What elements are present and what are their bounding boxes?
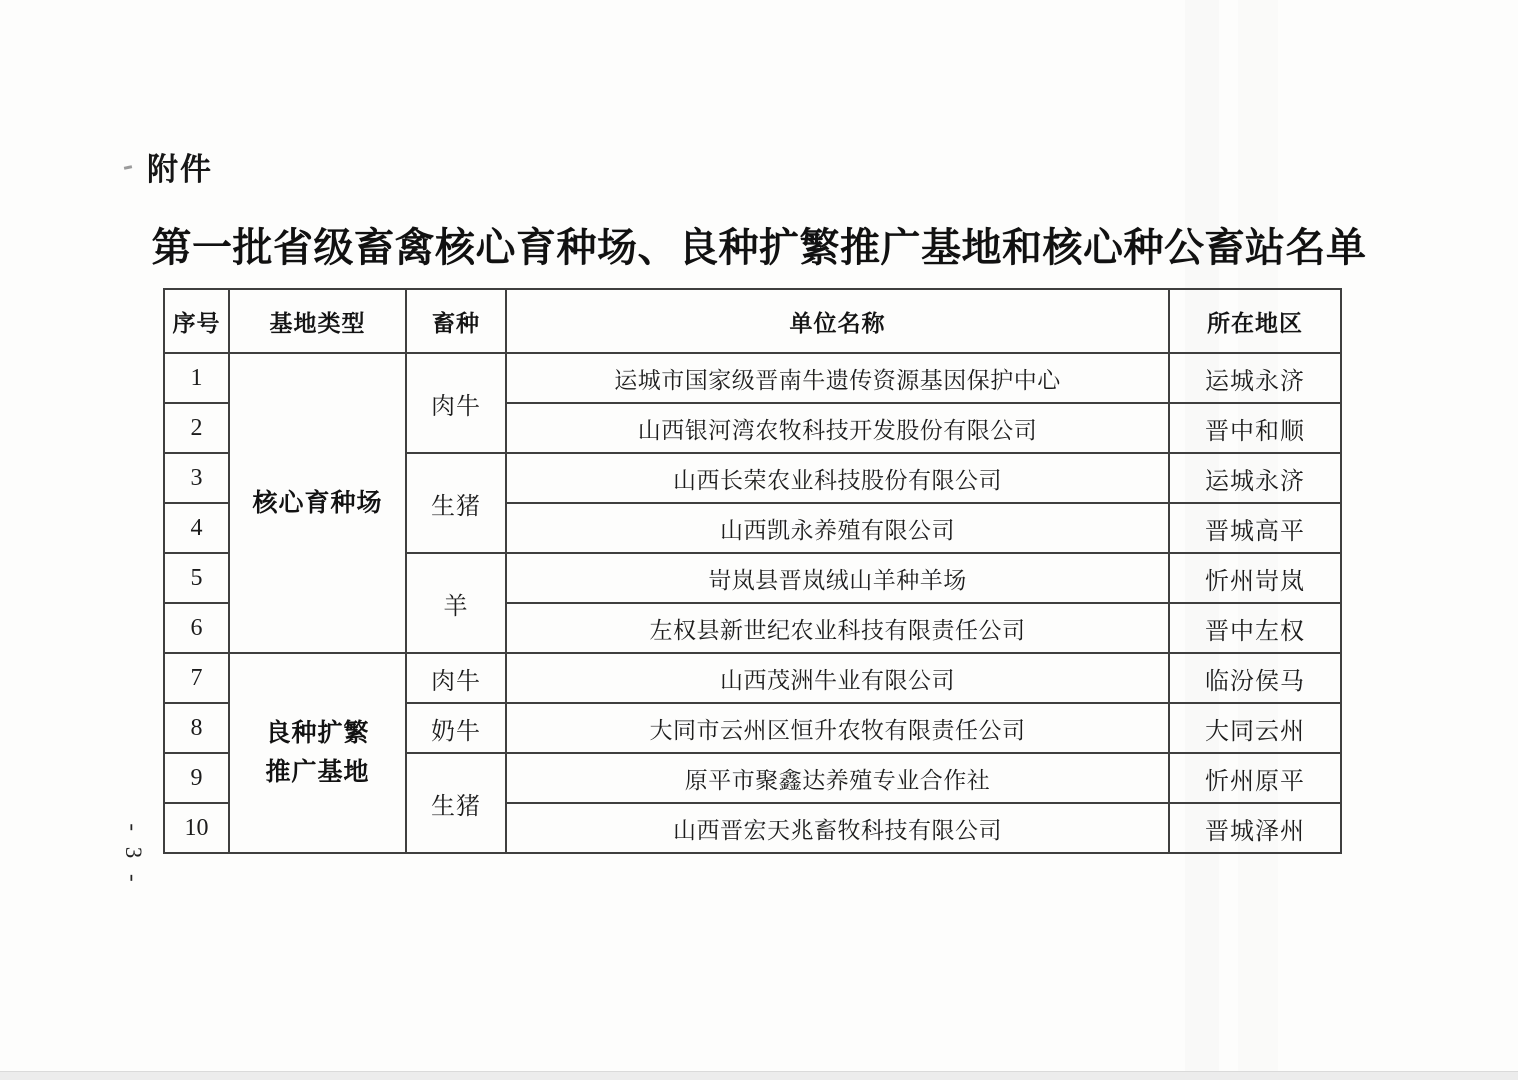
col-header-region: 所在地区	[1169, 289, 1341, 353]
cell-region: 大同云州	[1169, 703, 1341, 753]
page-title: 第一批省级畜禽核心育种场、良种扩繁推广基地和核心种公畜站名单	[0, 216, 1518, 273]
cell-serial: 9	[164, 753, 229, 803]
cell-company: 山西长荣农业科技股份有限公司	[506, 453, 1169, 503]
cell-serial: 8	[164, 703, 229, 753]
cell-company: 岢岚县晋岚绒山羊种羊场	[506, 553, 1169, 603]
cell-region: 晋城泽州	[1169, 803, 1341, 853]
cell-base-type: 良种扩繁 推广基地	[229, 653, 406, 853]
col-header-base-type: 基地类型	[229, 289, 406, 353]
cell-company: 左权县新世纪农业科技有限责任公司	[506, 603, 1169, 653]
cell-serial: 1	[164, 353, 229, 403]
cell-species: 生猪	[406, 453, 506, 553]
scan-speck	[124, 165, 132, 170]
cell-species: 生猪	[406, 753, 506, 853]
cell-species: 羊	[406, 553, 506, 653]
cell-region: 晋中左权	[1169, 603, 1341, 653]
cell-company: 运城市国家级晋南牛遗传资源基因保护中心	[506, 353, 1169, 403]
base-type-label-line1: 良种扩繁	[234, 714, 401, 753]
cell-serial: 4	[164, 503, 229, 553]
cell-serial: 6	[164, 603, 229, 653]
cell-species: 奶牛	[406, 703, 506, 753]
cell-serial: 5	[164, 553, 229, 603]
cell-region: 忻州原平	[1169, 753, 1341, 803]
cell-serial: 10	[164, 803, 229, 853]
cell-company: 大同市云州区恒升农牧有限责任公司	[506, 703, 1169, 753]
page-number: - 3 -	[120, 823, 146, 887]
col-header-company: 单位名称	[506, 289, 1169, 353]
cell-company: 山西凯永养殖有限公司	[506, 503, 1169, 553]
cell-serial: 3	[164, 453, 229, 503]
col-header-species: 畜种	[406, 289, 506, 353]
base-type-label: 核心育种场	[252, 489, 382, 517]
cell-company: 山西银河湾农牧科技开发股份有限公司	[506, 403, 1169, 453]
cell-region: 运城永济	[1169, 453, 1341, 503]
col-header-serial: 序号	[164, 289, 229, 353]
base-type-label-line2: 推广基地	[234, 753, 401, 792]
cell-region: 临汾侯马	[1169, 653, 1341, 703]
cell-region: 晋城高平	[1169, 503, 1341, 553]
table-row: 1 核心育种场 肉牛 运城市国家级晋南牛遗传资源基因保护中心 运城永济	[164, 353, 1341, 403]
cell-serial: 2	[164, 403, 229, 453]
cell-company: 山西晋宏天兆畜牧科技有限公司	[506, 803, 1169, 853]
cell-region: 晋中和顺	[1169, 403, 1341, 453]
cell-company: 原平市聚鑫达养殖专业合作社	[506, 753, 1169, 803]
attachment-label: 附件	[147, 144, 213, 189]
roster-table: 序号 基地类型 畜种 单位名称 所在地区 1 核心育种场 肉牛 运城市国家级晋南…	[163, 288, 1342, 854]
cell-region: 运城永济	[1169, 353, 1341, 403]
cell-species: 肉牛	[406, 353, 506, 453]
cell-species: 肉牛	[406, 653, 506, 703]
table-header-row: 序号 基地类型 畜种 单位名称 所在地区	[164, 289, 1341, 353]
document-page: 附件 第一批省级畜禽核心育种场、良种扩繁推广基地和核心种公畜站名单 序号 基地类…	[0, 0, 1518, 1080]
scan-bottom-edge	[0, 1071, 1518, 1080]
cell-serial: 7	[164, 653, 229, 703]
cell-company: 山西茂洲牛业有限公司	[506, 653, 1169, 703]
table-row: 7 良种扩繁 推广基地 肉牛 山西茂洲牛业有限公司 临汾侯马	[164, 653, 1341, 703]
cell-region: 忻州岢岚	[1169, 553, 1341, 603]
cell-base-type: 核心育种场	[229, 353, 406, 653]
